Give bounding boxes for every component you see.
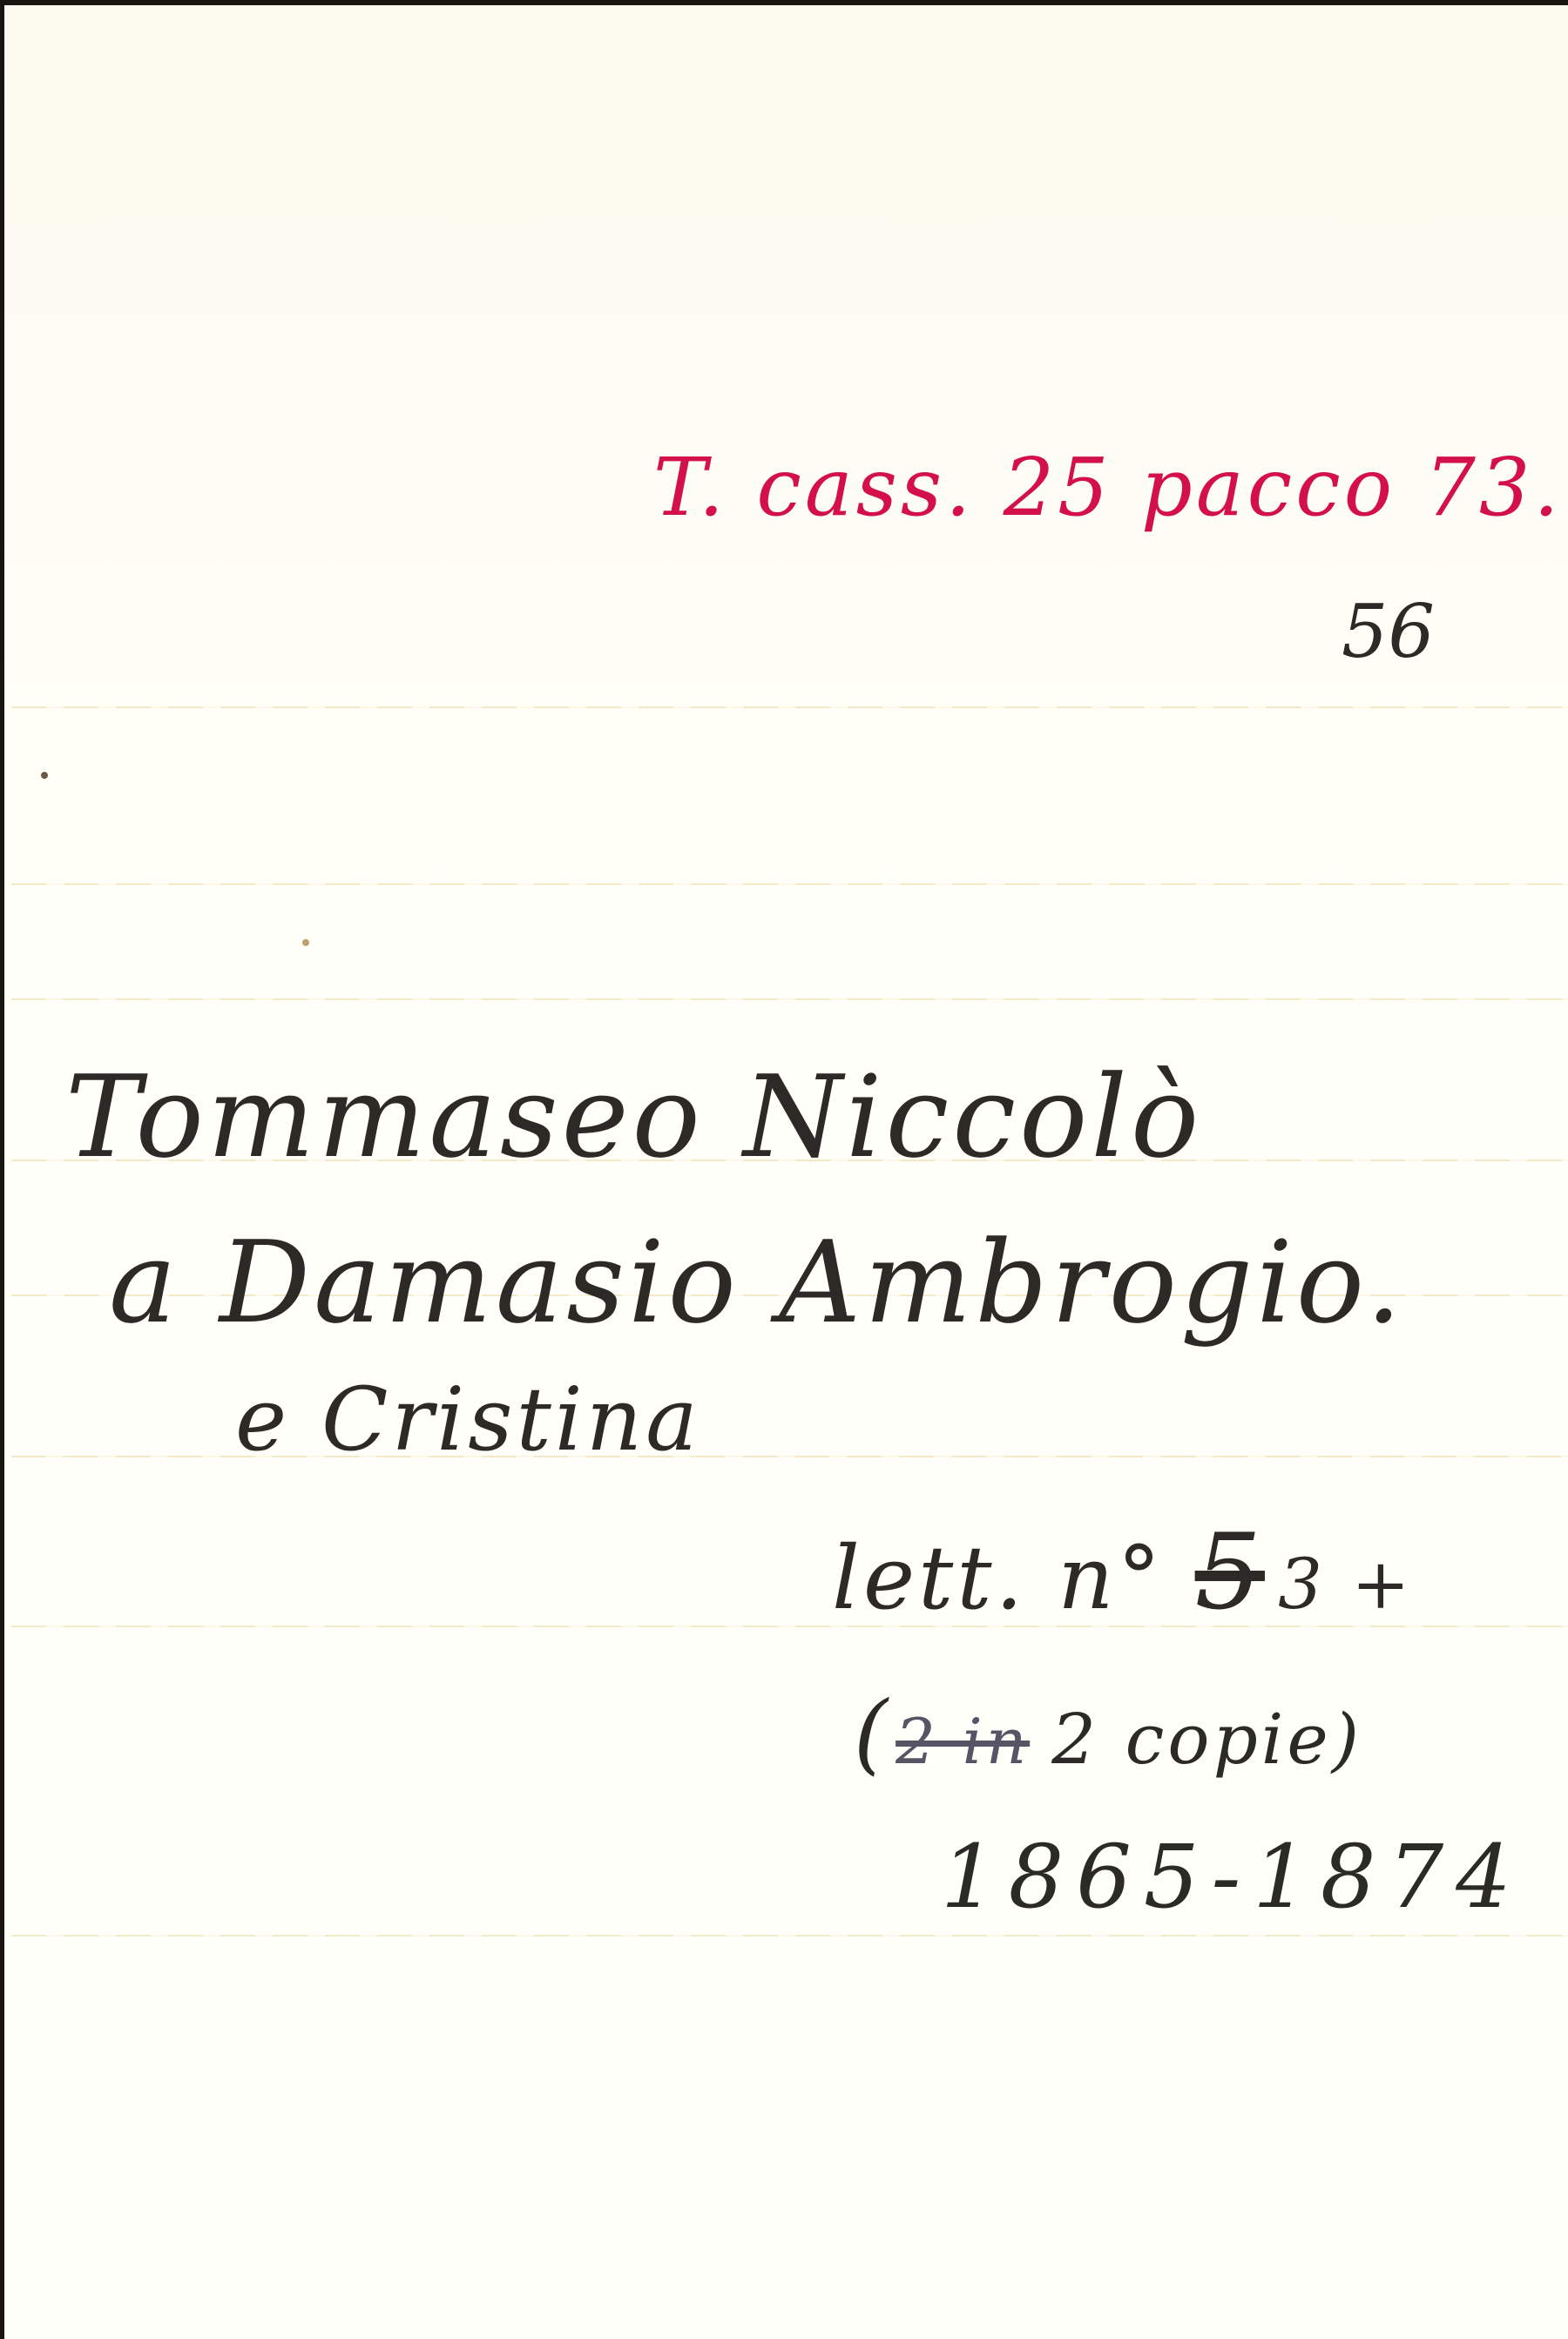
copies-line: ( 2 in 2 copie): [854, 1682, 1362, 1784]
entry-recipient-2: e Cristina: [235, 1369, 701, 1470]
letters-label: lett. n°: [832, 1527, 1165, 1629]
ruled-line: [11, 706, 1568, 708]
entry-author: Tommaseo Niccolò: [65, 1051, 1202, 1183]
letter-count-line: lett. n° 5 3 +: [832, 1512, 1413, 1633]
shelfmark-red: T. cass. 25 pacco 73.: [653, 441, 1563, 534]
letters-count: 3 +: [1278, 1544, 1413, 1625]
shelfmark-sub-number: 56: [1342, 589, 1435, 674]
ink-speck: [302, 939, 309, 946]
ink-speck: [41, 772, 48, 779]
ruled-line: [11, 1935, 1568, 1937]
copies-open-paren: (: [854, 1682, 891, 1784]
entry-recipient: a Damasio Ambrogio.: [109, 1216, 1405, 1349]
index-card: T. cass. 25 pacco 73. 56 Tommaseo Niccol…: [0, 0, 1568, 2339]
letters-struck-count: 5: [1195, 1512, 1265, 1633]
copies-struck: 2 in: [896, 1705, 1030, 1778]
ruled-line: [11, 998, 1568, 1000]
ruled-line: [11, 883, 1568, 885]
years-range: 1865-1874: [941, 1826, 1524, 1928]
copies-text: 2 copie): [1051, 1699, 1362, 1780]
